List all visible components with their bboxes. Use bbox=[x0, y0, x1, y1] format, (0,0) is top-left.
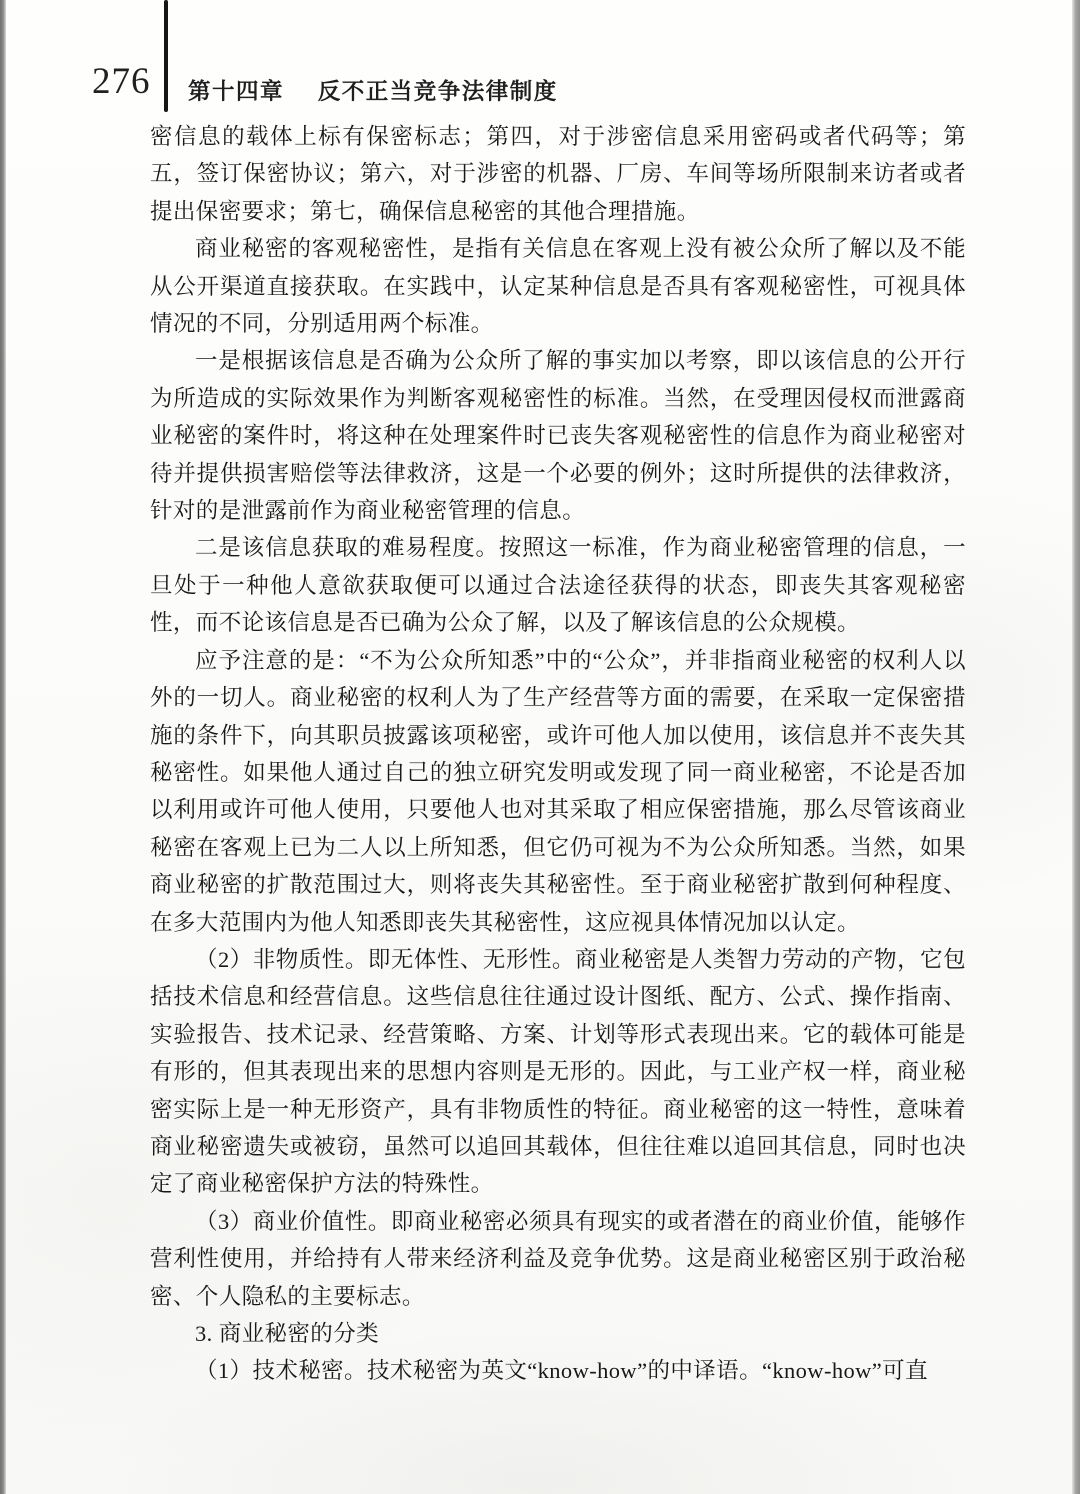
page-number: 276 bbox=[92, 60, 151, 103]
paragraph: （1）技术秘密。技术秘密为英文“know-how”的中译语。“know-how”… bbox=[150, 1352, 966, 1389]
paragraph: 应予注意的是：“不为公众所知悉”中的“公众”，并非指商业秘密的权利人以外的一切人… bbox=[150, 642, 966, 941]
scanned-book-page: 276 第十四章 反不正当竞争法律制度 密信息的载体上标有保密标志；第四，对于涉… bbox=[0, 0, 1080, 1494]
chapter-title: 反不正当竞争法律制度 bbox=[318, 79, 558, 104]
paragraph: （2）非物质性。即无体性、无形性。商业秘密是人类智力劳动的产物，它包括技术信息和… bbox=[150, 941, 966, 1203]
chapter-number: 第十四章 bbox=[188, 79, 284, 104]
scan-edge-right bbox=[1072, 0, 1080, 1494]
page-body: 密信息的载体上标有保密标志；第四，对于涉密信息采用密码或者代码等；第五，签订保密… bbox=[150, 118, 966, 1390]
paragraph: （3）商业价值性。即商业秘密必须具有现实的或者潜在的商业价值，能够作营利性使用，… bbox=[150, 1203, 966, 1315]
paragraph: 一是根据该信息是否确为公众所了解的事实加以考察，即以该信息的公开行为所造成的实际… bbox=[150, 342, 966, 529]
paragraph: 商业秘密的客观秘密性，是指有关信息在客观上没有被公众所了解以及不能从公开渠道直接… bbox=[150, 230, 966, 342]
paragraph-continuation: 密信息的载体上标有保密标志；第四，对于涉密信息采用密码或者代码等；第五，签订保密… bbox=[150, 118, 966, 230]
scan-edge-left bbox=[0, 0, 6, 1494]
chapter-heading: 第十四章 反不正当竞争法律制度 bbox=[188, 74, 558, 106]
section-heading: 3. 商业秘密的分类 bbox=[150, 1315, 966, 1352]
header-divider bbox=[164, 0, 168, 112]
paragraph: 二是该信息获取的难易程度。按照这一标准，作为商业秘密管理的信息，一旦处于一种他人… bbox=[150, 529, 966, 641]
